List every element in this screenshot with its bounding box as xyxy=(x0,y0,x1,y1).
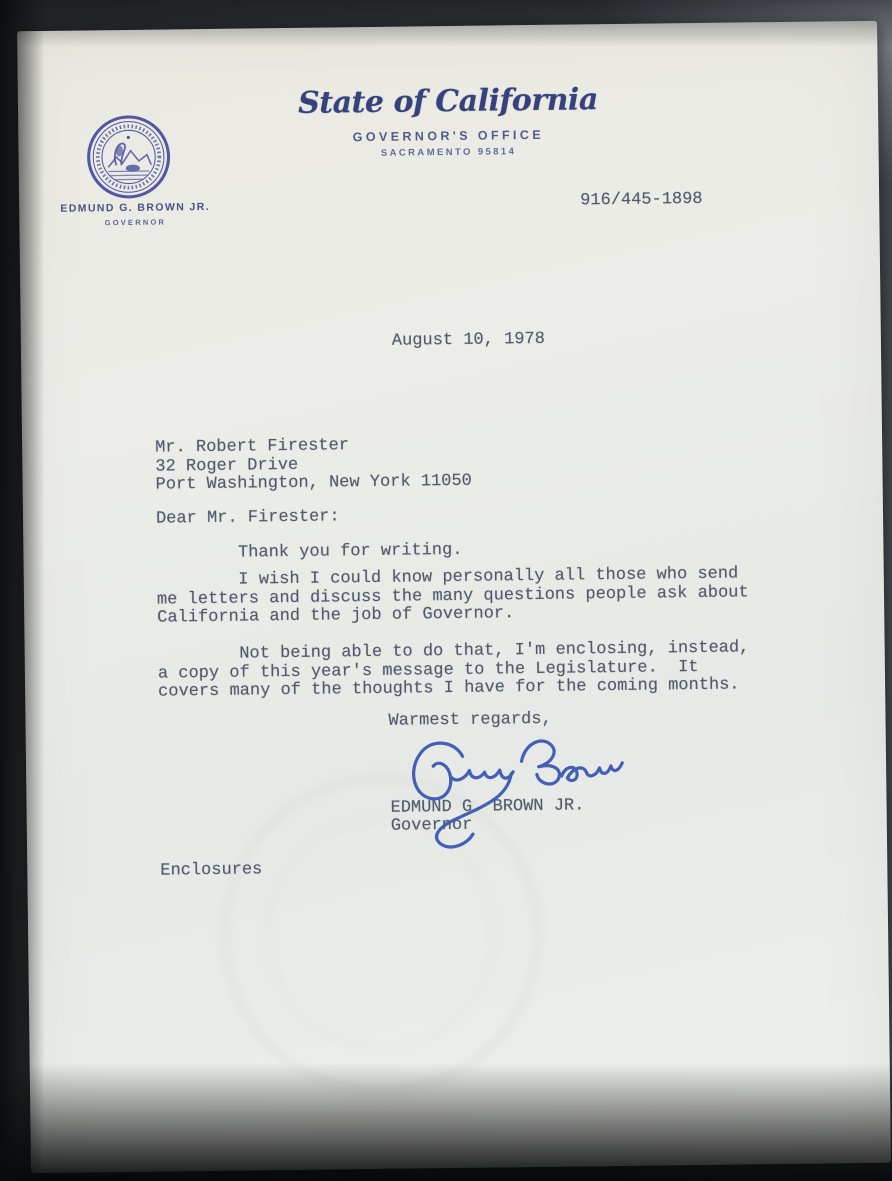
phone-number: 916/445-1898 xyxy=(580,191,703,211)
recipient-address: Mr. Robert Firester 32 Roger Drive Port … xyxy=(155,436,472,495)
body-paragraph-2: I wish I could know personally all those… xyxy=(157,565,749,628)
california-state-seal-icon xyxy=(85,113,172,200)
letter-paper: State of California GOVERNOR'S OFFICE SA… xyxy=(17,21,891,1173)
date-line: August 10, 1978 xyxy=(392,331,545,351)
salutation: Dear Mr. Firester: xyxy=(156,508,340,529)
enclosures-note: Enclosures xyxy=(160,861,262,881)
photo-background: State of California GOVERNOR'S OFFICE SA… xyxy=(0,0,892,1181)
body-paragraph-3: Not being able to do that, I'm enclosing… xyxy=(158,639,750,702)
jerry-brown-signature-icon xyxy=(398,724,628,879)
governor-name-label: EDMUND G. BROWN JR. xyxy=(45,201,225,215)
body-paragraph-1: Thank you for writing. xyxy=(156,542,462,564)
governor-title-label: GOVERNOR xyxy=(45,217,225,228)
